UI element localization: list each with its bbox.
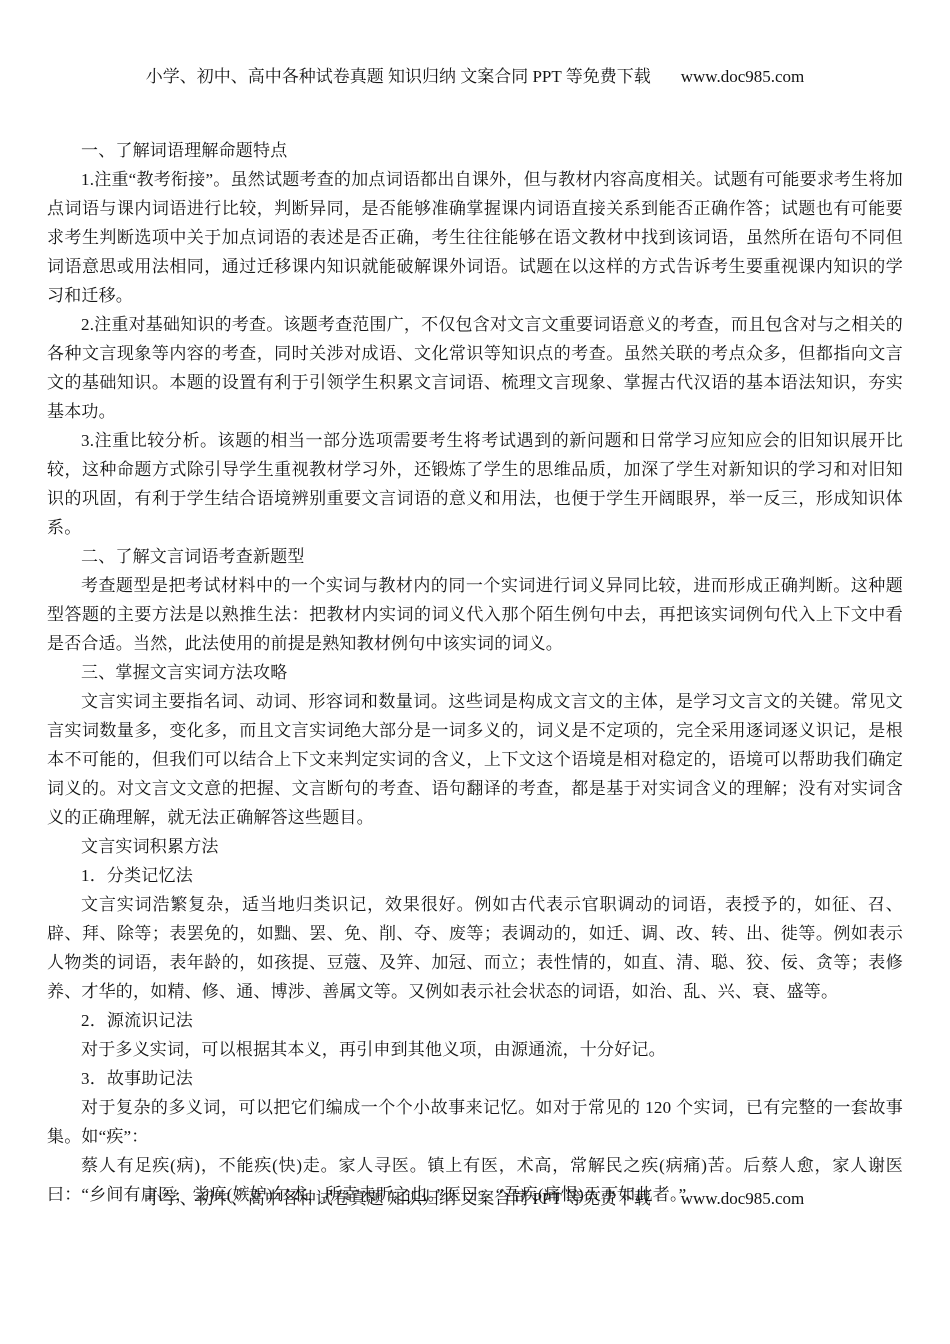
subheading-method-2-etymology: 2．源流识记法 bbox=[47, 1006, 903, 1035]
header-slogan: 小学、初中、高中各种试卷真题 知识归纳 文案合同 PPT 等免费下载 bbox=[146, 67, 651, 86]
subheading-method-1-classification: 1．分类记忆法 bbox=[47, 861, 903, 890]
document-content: 一、了解词语理解命题特点 1.注重“教考衔接”。虽然试题考查的加点词语都出自课外… bbox=[47, 136, 903, 1209]
subheading-method-3-story: 3．故事助记法 bbox=[47, 1064, 903, 1093]
paragraph-new-question-type: 考查题型是把考试材料中的一个实词与教材内的同一个实词进行词义异同比较，进而形成正… bbox=[47, 571, 903, 658]
page-footer: 小学、初中、高中各种试卷真题 知识归纳 文案合同 PPT 等免费下载www.do… bbox=[0, 1188, 950, 1210]
paragraph-basic-knowledge: 2.注重对基础知识的考查。该题考查范围广，不仅包含对文言文重要词语意义的考查，而… bbox=[47, 310, 903, 426]
paragraph-exam-link: 1.注重“教考衔接”。虽然试题考查的加点词语都出自课外，但与教材内容高度相关。试… bbox=[47, 165, 903, 310]
paragraph-method-2-etymology: 对于多义实词，可以根据其本义，再引申到其他义项，由源通流，十分好记。 bbox=[47, 1035, 903, 1064]
footer-slogan: 小学、初中、高中各种试卷真题 知识归纳 文案合同 PPT 等免费下载 bbox=[146, 1189, 651, 1208]
page-header: 小学、初中、高中各种试卷真题 知识归纳 文案合同 PPT 等免费下载www.do… bbox=[0, 66, 950, 88]
paragraph-method-3-story: 对于复杂的多义词，可以把它们编成一个个小故事来记忆。如对于常见的 120 个实词… bbox=[47, 1093, 903, 1151]
section-heading-1: 一、了解词语理解命题特点 bbox=[47, 136, 903, 165]
paragraph-method-1-classification: 文言实词浩繁复杂，适当地归类识记，效果很好。例如古代表示官职调动的词语，表授予的… bbox=[47, 890, 903, 1006]
paragraph-comparative-analysis: 3.注重比较分析。该题的相当一部分选项需要考生将考试遇到的新问题和日常学习应知应… bbox=[47, 426, 903, 542]
section-heading-3: 三、掌握文言实词方法攻略 bbox=[47, 658, 903, 687]
section-heading-2: 二、了解文言词语考查新题型 bbox=[47, 542, 903, 571]
paragraph-content-words-overview: 文言实词主要指名词、动词、形容词和数量词。这些词是构成文言文的主体，是学习文言文… bbox=[47, 687, 903, 832]
header-site-link[interactable]: www.doc985.com bbox=[681, 67, 805, 86]
footer-site-link[interactable]: www.doc985.com bbox=[681, 1189, 805, 1208]
subheading-accumulation-methods: 文言实词积累方法 bbox=[47, 832, 903, 861]
